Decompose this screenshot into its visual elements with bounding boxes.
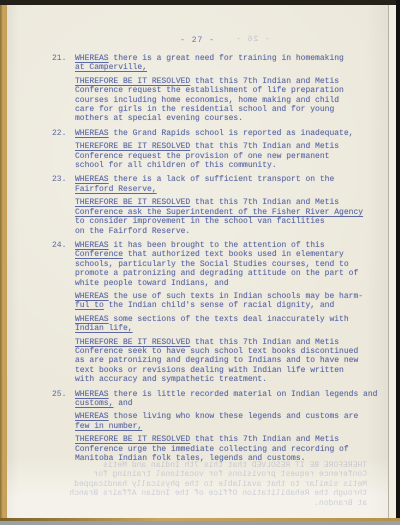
bleedthrough-line: at Brandon. [85, 499, 367, 508]
clause-text: that this 7th Indian and Metis [190, 198, 339, 207]
clause-text: that this 7th Indian and Metis [190, 142, 339, 151]
page-number: - 27 - [7, 36, 388, 45]
clause-text: as are patronizing and degrading to Indi… [75, 356, 358, 365]
clause-line: as are patronizing and degrading to Indi… [75, 356, 388, 365]
underlined-text: WHEREAS [75, 292, 109, 301]
item-number: 25. [52, 390, 66, 399]
clause-text: text books or revisions dealing with Ind… [75, 366, 344, 375]
clause-paragraph: WHEREAS the Grand Rapids school is repor… [75, 129, 388, 138]
clause-paragraph: THEREFORE BE IT RESOLVED that this 7th I… [75, 198, 388, 236]
clause-paragraph: THEREFORE BE IT RESOLVED that this 7th I… [75, 338, 388, 385]
clause-text: courses including home economics, home m… [75, 96, 339, 105]
clause-paragraph: WHEREAS there is a lack of sufficient tr… [75, 175, 388, 194]
clause-paragraph: WHEREAS there is little recorded materia… [75, 390, 388, 409]
clause-text: there is little recorded material on Ind… [109, 390, 378, 399]
clause-line: WHEREAS there is a lack of sufficient tr… [75, 175, 388, 184]
clause-line: at Camperville, [75, 63, 388, 72]
clause-paragraph: WHEREAS the use of such texts in Indian … [75, 292, 388, 311]
underlined-text: THEREFORE BE IT RESOLVED [75, 198, 190, 207]
clause-text: there is a great need for training in ho… [109, 54, 344, 63]
clause-text: the Grand Rapids school is reported as i… [109, 129, 354, 138]
clause-line: Fairford Reserve, [75, 185, 388, 194]
clause-text: Conference request the provision of one … [75, 152, 329, 161]
clause-text: with accuracy and sympathetic treatment. [75, 375, 267, 384]
underlined-text: few in number, [75, 422, 142, 431]
underlined-text: ful to [75, 301, 104, 310]
clause-text: white people toward Indians, and [75, 279, 229, 288]
bleedthrough-text: THEREFORE BE IT RESOLVED that this 7th I… [85, 461, 367, 508]
clause-text: some sections of the texts deal inaccura… [109, 315, 349, 324]
clause-text: that authorized text books used in eleme… [123, 250, 344, 259]
underlined-text: THEREFORE BE IT RESOLVED [75, 435, 190, 444]
clause-line: Conference that authorized text books us… [75, 250, 388, 259]
clause-text: promote a patronizing and degrading atti… [75, 269, 358, 278]
clause-text: and [113, 399, 132, 408]
clause-text: schools, particularly the Social Studies… [75, 260, 349, 269]
bleedthrough-line: Metis similar to that available to the p… [85, 480, 367, 489]
clause-line: Conference request the provision of one … [75, 152, 388, 161]
clause-line: WHEREAS some sections of the texts deal … [75, 315, 388, 324]
clause-paragraph: WHEREAS those living who know these lege… [75, 412, 388, 431]
item-number: 23. [52, 175, 66, 184]
underlined-text: WHEREAS [75, 129, 109, 138]
underlined-text: THEREFORE BE IT RESOLVED [75, 338, 190, 347]
underlined-text: customs, [75, 399, 113, 408]
clause-line: Conference urge the immediate collecting… [75, 445, 388, 454]
resolution-item: 23.WHEREAS there is a lack of sufficient… [75, 175, 388, 235]
item-number: 24. [52, 241, 66, 250]
clause-line: customs, and [75, 399, 388, 408]
clause-text: there is a lack of sufficient transport … [109, 175, 335, 184]
resolution-item: 24.WHEREAS it has been brought to the at… [75, 241, 388, 385]
clause-paragraph: WHEREAS it has been brought to the atten… [75, 241, 388, 288]
underlined-text: WHEREAS [75, 315, 109, 324]
clause-line: WHEREAS the use of such texts in Indian … [75, 292, 388, 301]
resolution-item: 21.WHEREAS there is a great need for tra… [75, 54, 388, 124]
clause-text: that this 7th Indian and Metis [190, 435, 339, 444]
clause-text: school for all children of this communit… [75, 161, 277, 170]
underlined-text: WHEREAS [75, 390, 109, 399]
clause-line: Indian life, [75, 324, 388, 333]
clause-text: on the Fairford Reserve. [75, 227, 190, 236]
clause-text: the use of such texts in Indian schools … [109, 292, 363, 301]
underlined-text: WHEREAS [75, 412, 109, 421]
clause-line: Conference ask the Superintendent of the… [75, 208, 388, 217]
underlined-text: Indian life, [75, 324, 133, 333]
clause-line: WHEREAS there is little recorded materia… [75, 390, 388, 399]
bleedthrough-line: THEREFORE BE IT RESOLVED that this 7th I… [85, 461, 367, 470]
underlined-text: THEREFORE BE IT RESOLVED [75, 142, 190, 151]
clause-line: school for all children of this communit… [75, 161, 388, 170]
clause-line: WHEREAS the Grand Rapids school is repor… [75, 129, 388, 138]
underlined-text: WHEREAS [75, 175, 109, 184]
clause-text: that this 7th Indian and Metis [190, 77, 339, 86]
clause-line: WHEREAS there is a great need for traini… [75, 54, 388, 63]
resolution-item: 22.WHEREAS the Grand Rapids school is re… [75, 129, 388, 171]
clause-line: few in number, [75, 422, 388, 431]
underlined-text: Fairford Reserve, [75, 185, 157, 194]
document-page: - 27 - - 26 - 21.WHEREAS there is a grea… [7, 5, 388, 518]
clause-line: THEREFORE BE IT RESOLVED that this 7th I… [75, 142, 388, 151]
clause-text: that this 7th Indian and Metis [190, 338, 339, 347]
bleedthrough-line: through the Rehabilitation Office of the… [85, 489, 367, 498]
clause-text: Conference request the establishment of … [75, 86, 344, 95]
clause-text: mothers at special evening courses. [75, 114, 243, 123]
clause-line: THEREFORE BE IT RESOLVED that this 7th I… [75, 198, 388, 207]
underlined-text: at Camperville, [75, 63, 147, 72]
clause-line: text books or revisions dealing with Ind… [75, 366, 388, 375]
scan-background-bottom [0, 521, 400, 525]
clause-paragraph: WHEREAS there is a great need for traini… [75, 54, 388, 73]
clause-paragraph: THEREFORE BE IT RESOLVED that this 7th I… [75, 142, 388, 170]
clause-line: mothers at special evening courses. [75, 114, 388, 123]
underlined-text: WHEREAS [75, 54, 109, 63]
clause-line: ful to the Indian child's sense of racia… [75, 301, 388, 310]
resolution-item: 25.WHEREAS there is little recorded mate… [75, 390, 388, 464]
clause-line: Conference request the establishment of … [75, 86, 388, 95]
clause-paragraph: THEREFORE BE IT RESOLVED that this 7th I… [75, 435, 388, 463]
scanned-document: - 27 - - 26 - 21.WHEREAS there is a grea… [0, 0, 400, 525]
clause-text: Conference seek to have such school text… [75, 347, 358, 356]
clause-line: to consider improvement in the school va… [75, 217, 388, 226]
item-number: 21. [52, 54, 66, 63]
clause-line: care for girls in the residential school… [75, 105, 388, 114]
clause-line: THEREFORE BE IT RESOLVED that this 7th I… [75, 77, 388, 86]
clause-line: promote a patronizing and degrading atti… [75, 269, 388, 278]
scan-edge-right [396, 0, 400, 521]
clause-line: with accuracy and sympathetic treatment. [75, 375, 388, 384]
clause-line: Conference seek to have such school text… [75, 347, 388, 356]
clause-text: the Indian child's sense of racial digni… [104, 301, 334, 310]
clause-paragraph: WHEREAS some sections of the texts deal … [75, 315, 388, 334]
clause-line: white people toward Indians, and [75, 279, 388, 288]
bleedthrough-line: Conference request provisions for vocati… [85, 470, 367, 479]
clause-line: schools, particularly the Social Studies… [75, 260, 388, 269]
clause-line: THEREFORE BE IT RESOLVED that this 7th I… [75, 435, 388, 444]
clause-paragraph: THEREFORE BE IT RESOLVED that this 7th I… [75, 77, 388, 124]
clause-line: WHEREAS it has been brought to the atten… [75, 241, 388, 250]
underlined-text: THEREFORE BE IT RESOLVED [75, 77, 190, 86]
clause-text: those living who know these legends and … [109, 412, 359, 421]
clause-line: THEREFORE BE IT RESOLVED that this 7th I… [75, 338, 388, 347]
underlined-text: WHEREAS [75, 241, 109, 250]
resolution-list: 21.WHEREAS there is a great need for tra… [7, 54, 388, 468]
underlined-text: Conference ask the Superintendent of the… [75, 208, 363, 217]
underlined-text: Conference [75, 250, 123, 259]
clause-line: courses including home economics, home m… [75, 96, 388, 105]
clause-text: care for girls in the residential school… [75, 105, 334, 114]
item-number: 22. [52, 129, 66, 138]
clause-text: to consider improvement in the school va… [75, 217, 325, 226]
clause-line: on the Fairford Reserve. [75, 227, 388, 236]
clause-text: it has been brought to the attention of … [109, 241, 325, 250]
bleedthrough-page-number: - 26 - [235, 35, 270, 44]
clause-line: WHEREAS those living who know these lege… [75, 412, 388, 421]
clause-text: Conference urge the immediate collecting… [75, 445, 349, 454]
